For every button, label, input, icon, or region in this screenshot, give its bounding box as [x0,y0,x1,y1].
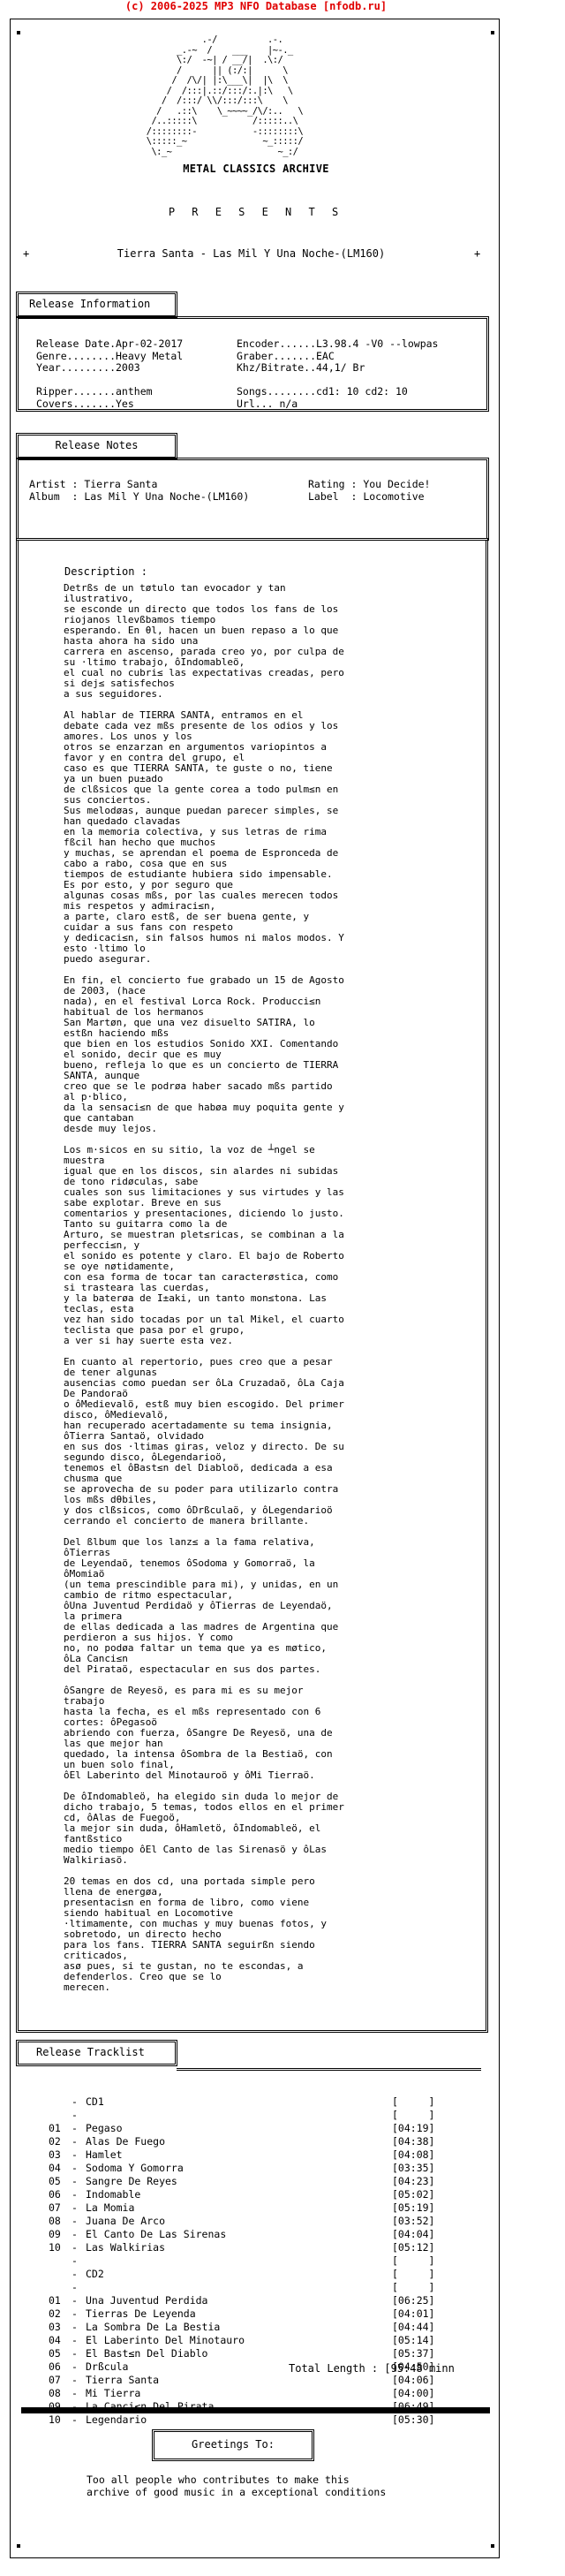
track-number: 03 [49,2148,70,2162]
track-duration: [03:52] [392,2215,434,2228]
track-dash: - [72,2347,78,2360]
track-row: 10-Legendario[05:30] [49,2413,472,2427]
release-title: Tierra Santa - Las Mil Y Una Noche-(LM16… [19,247,483,260]
description-paragraph: Los m·sicos en su sitio, la voz de ┴ngel… [64,1145,470,1346]
description-paragraph: ôSangre de Reyesö, es para mi es su mejo… [64,1686,470,1781]
tracklist-divider [177,2068,481,2071]
track-number: 01 [49,2294,70,2307]
tab-label: Release Tracklist [36,2046,145,2058]
description-paragraph: Detrßs de un tøtulo tan evocador y tan i… [64,583,470,700]
label-value: Locomotive [363,490,424,503]
track-duration: [04:00] [392,2387,434,2400]
track-dash: - [72,2148,78,2162]
track-row: 06-Indomable[05:02] [49,2188,472,2201]
corner-marker-icon [17,2544,20,2548]
track-row: 07-La Momia[05:19] [49,2201,472,2215]
total-length: Total Length : [95:48 minn [289,2362,455,2375]
track-row: 09-El Canto De Las Sirenas[04:04] [49,2228,472,2241]
track-duration: [04:01] [392,2307,434,2321]
track-title: Tierras De Leyenda [86,2307,196,2321]
track-duration: [04:19] [392,2122,434,2135]
description-text: Detrßs de un tøtulo tan evocador y tan i… [64,583,470,2004]
track-dash: - [72,2254,78,2268]
track-duration: [04:08] [392,2148,434,2162]
track-dash: - [72,2201,78,2215]
track-title: Sangre De Reyes [86,2175,177,2188]
track-duration: [04:06] [392,2374,434,2387]
track-duration: [05:19] [392,2201,434,2215]
presents-heading: P R E S E N T S [0,206,512,218]
track-duration: [05:02] [392,2188,434,2201]
description-paragraph: Al hablar de TIERRA SANTA, entramos en e… [64,710,470,965]
total-length-value: [95:48 minn [384,2362,454,2375]
track-title: CD2 [86,2268,104,2281]
artist-row: Artist : Tierra Santa [29,479,157,491]
track-title: Pegaso [86,2122,123,2135]
track-dash: - [72,2334,78,2347]
track-number: 10 [49,2413,70,2427]
track-title: Indomable [86,2188,140,2201]
track-title: Hamlet [86,2148,123,2162]
corner-marker-icon [17,31,20,34]
track-dash: - [72,2215,78,2228]
track-dash: - [72,2413,78,2427]
tab-release-notes: Release Notes [16,433,177,459]
tab-label: Release Information [29,298,150,310]
track-number: 05 [49,2347,70,2360]
description-paragraph: 20 temas en dos cd, una portada simple p… [64,1876,470,1993]
corner-marker-icon [491,31,494,34]
track-dash: - [72,2095,78,2109]
track-number: 02 [49,2135,70,2148]
track-title: Las Walkirias [86,2241,165,2254]
track-row: -CD1[ ] [49,2095,472,2109]
track-duration: [ ] [392,2268,434,2281]
artist-value: Tierra Santa [84,478,157,490]
rating-row: Rating : You Decide! [308,479,430,491]
album-value: Las Mil Y Una Noche-(LM160) [84,490,249,503]
description-title: Description : [64,565,147,578]
total-length-label: Total Length : [289,2362,384,2375]
track-title: La Momia [86,2201,134,2215]
track-title: Alas De Fuego [86,2135,165,2148]
track-dash: - [72,2135,78,2148]
track-row: 05-Sangre De Reyes[04:23] [49,2175,472,2188]
track-number: 07 [49,2374,70,2387]
track-number: 03 [49,2321,70,2334]
track-row: -CD2[ ] [49,2268,472,2281]
site-copyright-header: (c) 2006-2025 MP3 NFO Database [nfodb.ru… [0,0,512,12]
track-row: 02-Alas De Fuego[04:38] [49,2135,472,2148]
track-row: 08-Juana De Arco[03:52] [49,2215,472,2228]
track-number: 10 [49,2241,70,2254]
tab-release-tracklist: Release Tracklist [16,2040,177,2066]
logo-ascii-art-icon: .-/ .-. _.-~ / ___ |~-._ \:/ -~| / __/| … [141,35,303,157]
release-info-field [237,375,438,387]
track-number: 08 [49,2215,70,2228]
track-dash: - [72,2175,78,2188]
track-row: 03-La Sombra De La Bestia[04:44] [49,2321,472,2334]
track-duration: [04:23] [392,2175,434,2188]
description-paragraph: En cuanto al repertorio, pues creo que a… [64,1357,470,1527]
track-number: 06 [49,2360,70,2374]
track-number: 02 [49,2307,70,2321]
track-number: 07 [49,2201,70,2215]
track-dash: - [72,2321,78,2334]
tab-label: Release Notes [56,439,139,451]
track-duration: [ ] [392,2109,434,2122]
release-info-field: Covers.......Yes [36,398,183,411]
track-number: 04 [49,2334,70,2347]
release-info-field: Url... n/a [237,398,438,411]
release-info-field: Ripper.......anthem [36,386,183,398]
plus-marker-icon: + [474,247,480,260]
track-number: 09 [49,2228,70,2241]
tracklist: -CD1[ ]-[ ]01-Pegaso[04:19]02-Alas De Fu… [49,2095,472,2427]
track-duration: [ ] [392,2281,434,2294]
greetings-title-box: Greetings To: [152,2429,314,2461]
track-title: La Sombra De La Bestia [86,2321,220,2334]
greetings-text: Too all people who contributes to make t… [87,2474,386,2498]
release-information-box: Release Date.Apr-02-2017Genre........Hea… [16,316,489,412]
greetings-title: Greetings To: [192,2438,275,2451]
track-title: Sodoma Y Gomorra [86,2162,184,2175]
track-duration: [05:12] [392,2241,434,2254]
description-paragraph: Del ßlbum que los lanz≤ a la fama relati… [64,1537,470,1675]
track-duration: [06:25] [392,2294,434,2307]
track-dash: - [72,2387,78,2400]
release-info-left-column: Release Date.Apr-02-2017Genre........Hea… [36,338,183,410]
album-row: Album : Las Mil Y Una Noche-(LM160) [29,491,249,504]
track-duration: [05:37] [392,2347,434,2360]
track-dash: - [72,2307,78,2321]
corner-marker-icon [491,2544,494,2548]
track-duration: [04:44] [392,2321,434,2334]
track-row: 08-Mi Tierra[04:00] [49,2387,472,2400]
track-title: El Bast≤n Del Diablo [86,2347,207,2360]
rating-value: You Decide! [363,478,430,490]
track-duration: [05:14] [392,2334,434,2347]
track-duration: [ ] [392,2254,434,2268]
description-paragraph: En fin, el concierto fue grabado un 15 d… [64,975,470,1134]
track-row: -[ ] [49,2109,472,2122]
release-info-field: Year.........2003 [36,362,183,375]
track-dash: - [72,2294,78,2307]
description-paragraph: De ôIndomableö, ha elegido sin duda lo m… [64,1792,470,1866]
track-number: 06 [49,2188,70,2201]
track-title: Una Juventud Perdida [86,2294,207,2307]
track-duration: [ ] [392,2095,434,2109]
track-number: 08 [49,2387,70,2400]
track-title: Juana De Arco [86,2215,165,2228]
track-row: 10-Las Walkirias[05:12] [49,2241,472,2254]
track-number: 04 [49,2162,70,2175]
track-dash: - [72,2268,78,2281]
track-title: Drßcula [86,2360,128,2374]
label-label: Label : [308,490,363,503]
track-row: 07-Tierra Santa[04:06] [49,2374,472,2387]
release-info-field: Songs........cd1: 10 cd2: 10 [237,386,438,398]
release-info-field [36,375,183,387]
release-info-field: Release Date.Apr-02-2017 [36,338,183,351]
track-number: 01 [49,2122,70,2135]
track-row: 05-El Bast≤n Del Diablo[05:37] [49,2347,472,2360]
artist-info-box: Artist : Tierra Santa Album : Las Mil Y … [16,458,489,541]
track-dash: - [72,2122,78,2135]
track-title: El Canto De Las Sirenas [86,2228,226,2241]
rating-label: Rating : [308,478,363,490]
track-duration: [03:35] [392,2162,434,2175]
artist-label: Artist : [29,478,84,490]
release-info-field: Graber.......EAC [237,351,438,363]
track-title: Mi Tierra [86,2387,140,2400]
track-title: El Laberinto Del Minotauro [86,2334,245,2347]
track-dash: - [72,2241,78,2254]
album-label: Album : [29,490,84,503]
track-duration: [04:38] [392,2135,434,2148]
release-info-field: Genre........Heavy Metal [36,351,183,363]
track-row: 04-El Laberinto Del Minotauro[05:14] [49,2334,472,2347]
logo-caption: METAL CLASSICS ARCHIVE [0,163,512,175]
release-info-field: Khz/Bitrate..44,1/ Br [237,362,438,375]
track-number: 05 [49,2175,70,2188]
track-row: -[ ] [49,2254,472,2268]
track-row: 03-Hamlet[04:08] [49,2148,472,2162]
track-dash: - [72,2109,78,2122]
release-info-field: Encoder......L3.98.4 -V0 --lowpas [237,338,438,351]
track-row: -[ ] [49,2281,472,2294]
track-title: Legendario [86,2413,147,2427]
track-title: CD1 [86,2095,104,2109]
track-row: 02-Tierras De Leyenda[04:01] [49,2307,472,2321]
section-divider-bar [21,2407,490,2413]
track-dash: - [72,2374,78,2387]
track-duration: [05:30] [392,2413,434,2427]
track-dash: - [72,2281,78,2294]
track-dash: - [72,2162,78,2175]
track-row: 01-Pegaso[04:19] [49,2122,472,2135]
release-info-right-column: Encoder......L3.98.4 -V0 --lowpasGraber.… [237,338,438,410]
track-row: 01-Una Juventud Perdida[06:25] [49,2294,472,2307]
track-dash: - [72,2360,78,2374]
track-dash: - [72,2188,78,2201]
track-dash: - [72,2228,78,2241]
track-row: 04-Sodoma Y Gomorra[03:35] [49,2162,472,2175]
track-title: Tierra Santa [86,2374,159,2387]
label-row: Label : Locomotive [308,491,425,504]
tab-release-information: Release Information [16,292,177,318]
track-duration: [04:04] [392,2228,434,2241]
